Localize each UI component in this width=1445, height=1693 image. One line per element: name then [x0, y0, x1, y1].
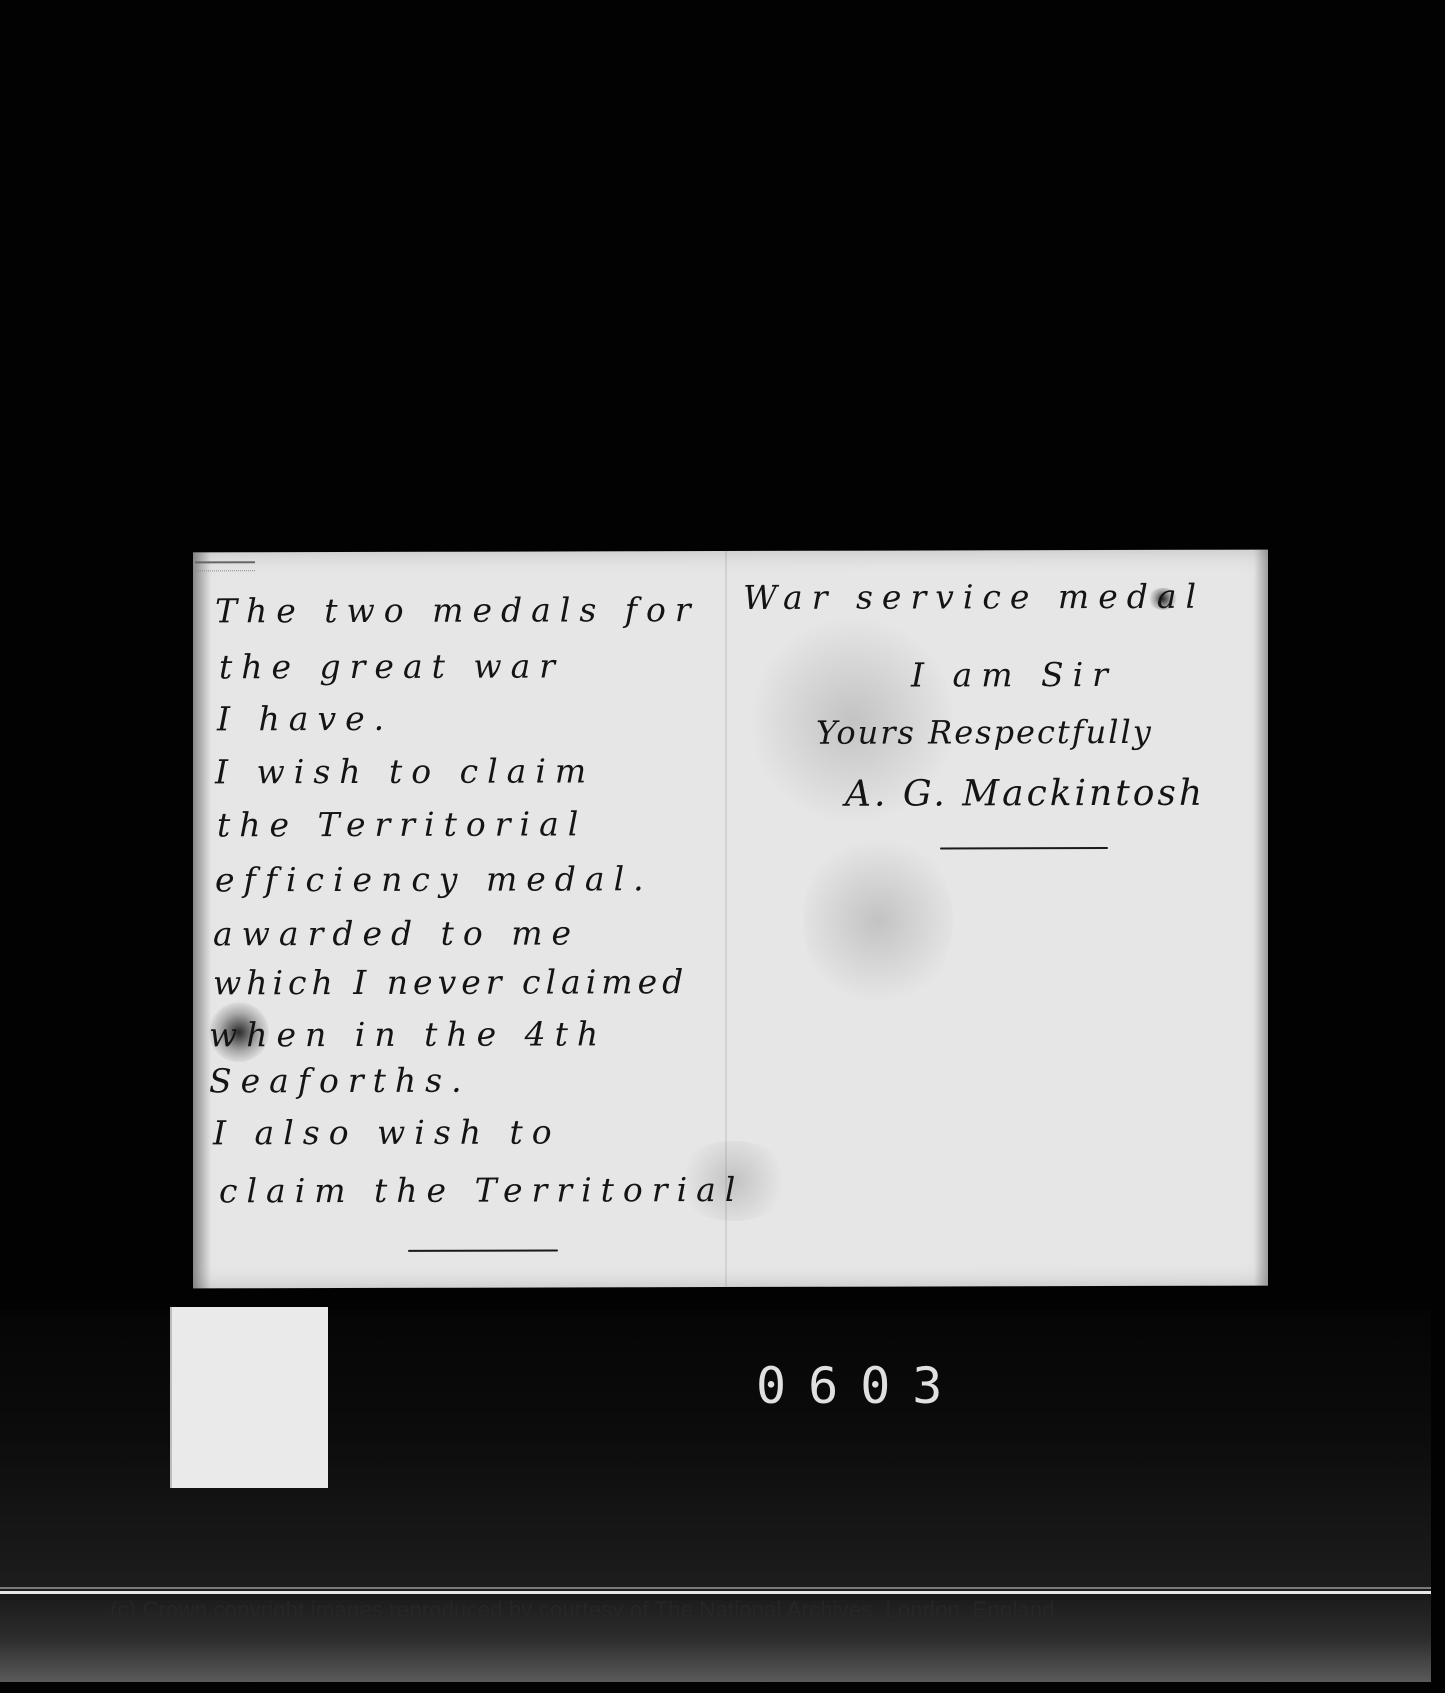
signature-underline: [940, 847, 1108, 849]
letter-page: The two medals for the great war I have.…: [193, 550, 1268, 1289]
paper-stain: [803, 830, 953, 1010]
letter-line: when in the 4th: [209, 1017, 607, 1051]
signature: A. G. Mackintosh: [845, 776, 1205, 813]
letter-line: I also wish to: [213, 1115, 561, 1149]
letter-line: The two medals for: [215, 593, 700, 627]
page-right-shadow: [1254, 550, 1268, 1286]
film-edge-line: [0, 1587, 1431, 1589]
letter-line: awarded to me: [213, 916, 580, 950]
letter-line: I have.: [217, 702, 393, 735]
letter-line: I wish to claim: [215, 754, 595, 788]
ink-underline: [408, 1249, 558, 1251]
letter-line: Seaforths.: [209, 1064, 471, 1098]
closing-line: Yours Respectfully: [816, 716, 1153, 749]
page-left-shadow: [193, 552, 211, 1288]
frame-number: 0603: [756, 1358, 956, 1414]
letter-line: efficiency medal.: [215, 862, 653, 896]
letter-line: War service medal: [743, 580, 1205, 614]
letter-line: which I never claimed: [213, 965, 688, 999]
copyright-watermark: (c) Crown copyright images reproduced by…: [110, 1597, 1410, 1623]
film-target-card: [170, 1307, 328, 1488]
letter-line: the Territorial: [217, 807, 587, 841]
letter-line: the great war: [219, 649, 564, 683]
letter-line: claim the Territorial: [219, 1173, 744, 1207]
printed-header-mark: [195, 561, 255, 571]
letter-line: I am Sir: [911, 658, 1117, 692]
film-right-edge: [1431, 1310, 1445, 1693]
